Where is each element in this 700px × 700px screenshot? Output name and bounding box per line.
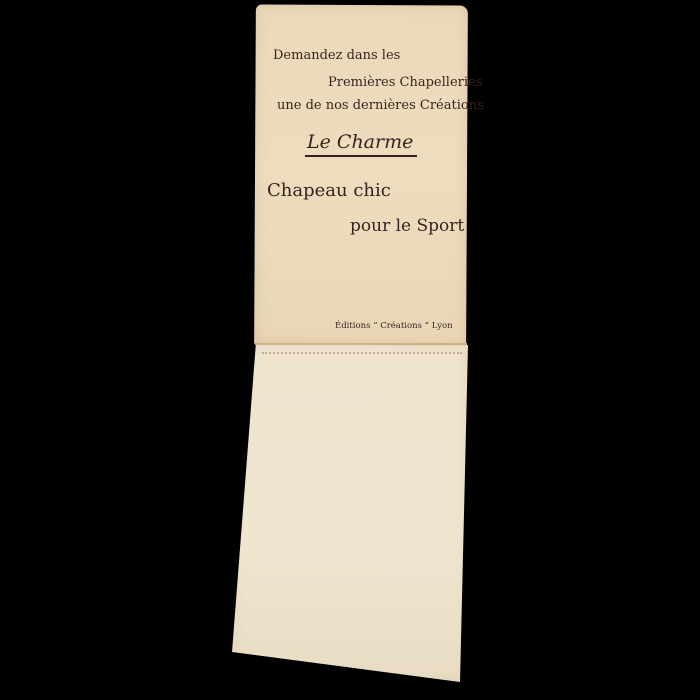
perforation-line <box>262 352 462 354</box>
intro-line-1: Demandez dans les <box>273 48 400 63</box>
card-bottom-blank-panel <box>232 342 468 682</box>
intro-line-2: Premières Chapelleries <box>328 75 482 90</box>
intro-line-3: une de nos dernières Créations <box>277 98 484 113</box>
fold-line <box>255 343 467 345</box>
tagline-line-2: pour le Sport <box>350 216 464 236</box>
tagline-line-1: Chapeau chic <box>267 180 391 201</box>
publisher-credit: Éditions “ Créations ” Lyon <box>335 321 453 331</box>
brand-name: Le Charme <box>305 131 417 157</box>
